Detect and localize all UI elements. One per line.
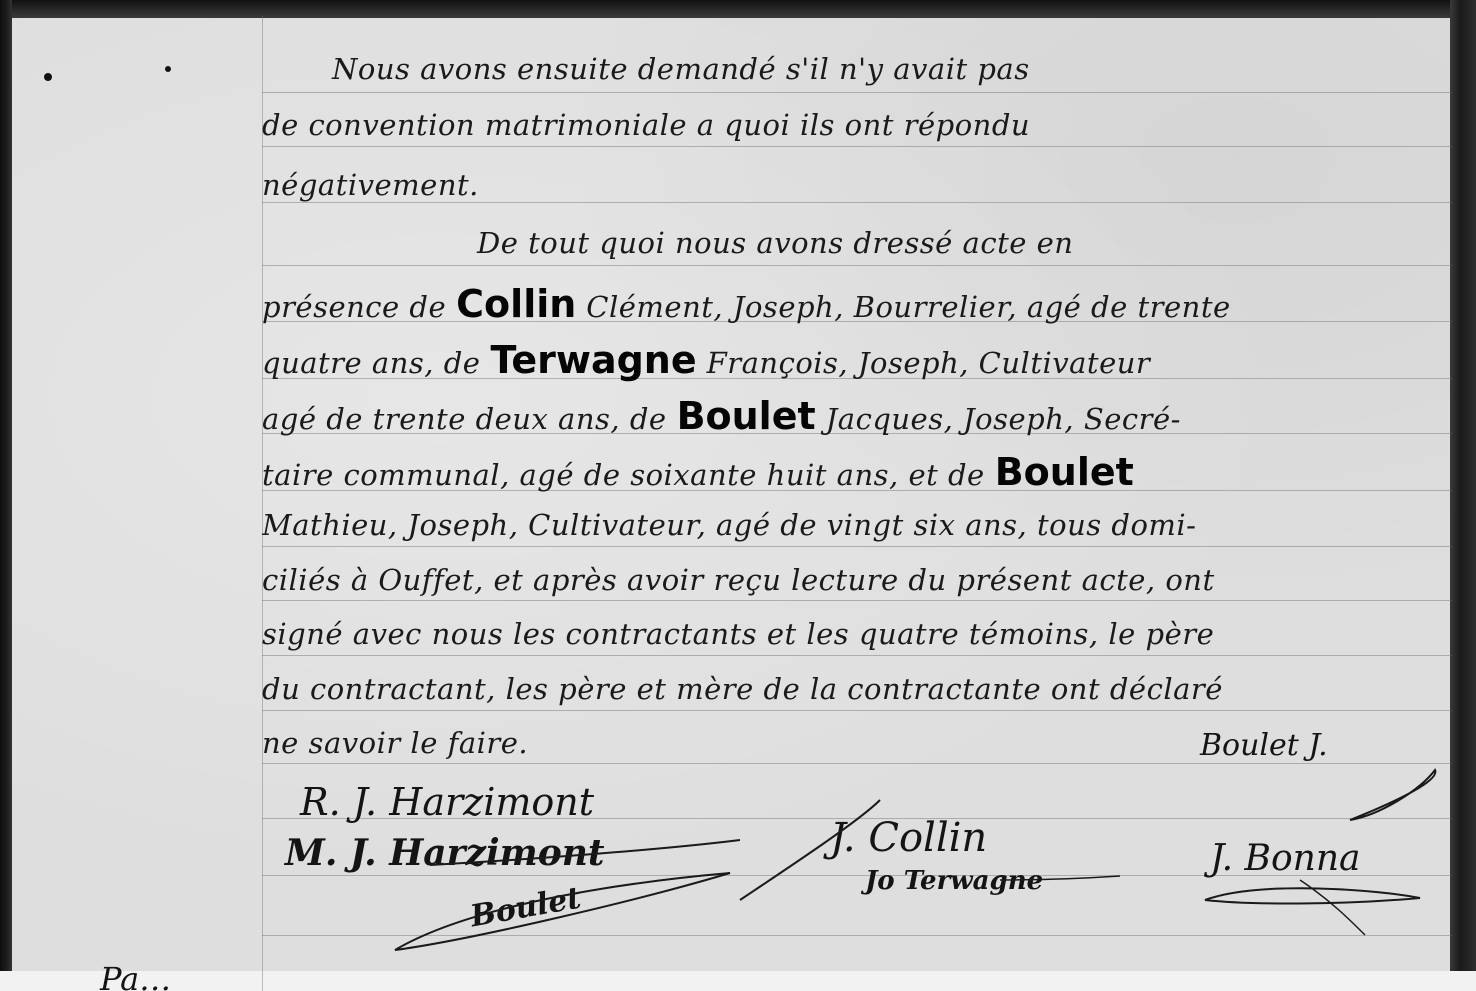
document-scan: Nous avons ensuite demandé s'il n'y avai…	[0, 0, 1476, 991]
next-entry-fragment: Pa…	[100, 960, 171, 991]
signature-flourishes	[0, 0, 1476, 991]
next-entry-text: Pa…	[100, 960, 171, 991]
